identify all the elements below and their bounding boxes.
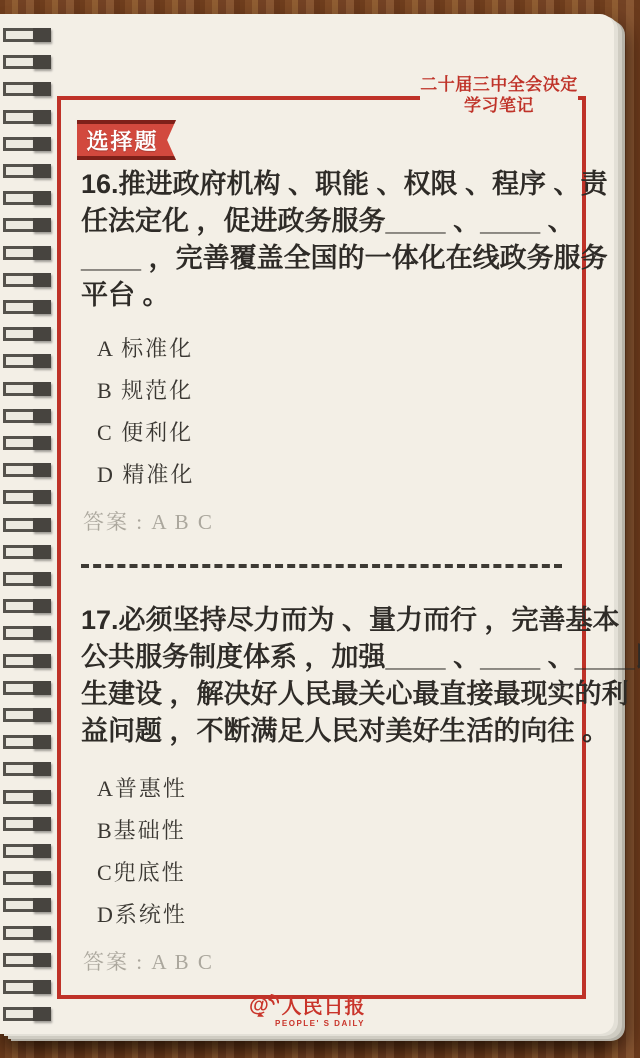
spiral-clip [3,735,47,749]
spiral-clip [3,490,47,504]
study-card-root: 二十届三中全会决定 学习笔记 选择题 16.推进政府机构 、职能 、权限 、程序… [0,0,640,1058]
question-17-line: 17.必须坚持尽力而为 、量力而行 ，完善基本 [81,602,568,639]
spiral-clip [3,436,47,450]
spiral-clip [3,654,47,668]
question-17-line: 生建设 ，解决好人民最关心最直接最现实的利 [81,676,568,713]
question-17-text: 17.必须坚持尽力而为 、量力而行 ，完善基本 公共服务制度体系 ，加强____… [81,602,568,750]
spiral-clip [3,110,47,124]
spiral-clip [3,463,47,477]
question-17-line: 公共服务制度体系 ，加强____ 、____ 、____民 [81,639,568,676]
logo-row: @ 人民日报 [249,990,366,1018]
option-17-a: A普惠性 [97,774,568,804]
question-17-options: A普惠性 B基础性 C兜底性 D系统性 [97,774,568,930]
option-16-c: C 便利化 [97,418,568,448]
spiral-clip [3,844,47,858]
quiz-content: 16.推进政府机构 、职能 、权限 、程序 、责 任法定化 ，促进政务服务___… [61,100,582,976]
question-16-line: ____ ，完善覆盖全国的一体化在线政务服务 [81,240,568,277]
spiral-clip [3,354,47,368]
page-title-line2: 学习笔记 [420,95,578,116]
spiral-clip [3,572,47,586]
section-badge-ribbon: 选择题 [77,120,176,160]
spiral-clip [3,137,47,151]
logo-en-text: PEOPLE' S DAILY [275,1019,365,1028]
spiral-clip [3,545,47,559]
answer-16-label: 答案 : [83,510,151,534]
option-16-d: D 精准化 [97,460,568,490]
section-badge-label: 选择题 [86,125,166,156]
option-17-c: C兜底性 [97,858,568,888]
dashed-divider [81,564,562,568]
spiral-clip [3,626,47,640]
option-17-d: D系统性 [97,900,568,930]
question-16-answer: 答案 : A B C [83,506,568,536]
page-title-line1: 二十届三中全会决定 [420,74,578,95]
content-frame: 选择题 16.推进政府机构 、职能 、权限 、程序 、责 任法定化 ，促进政务服… [57,96,586,999]
spiral-clip [3,817,47,831]
spiral-clip [3,599,47,613]
spiral-clip [3,82,47,96]
spiral-clip [3,871,47,885]
spiral-clip [3,953,47,967]
spiral-clip [3,164,47,178]
spiral-clip [3,898,47,912]
question-16-text: 16.推进政府机构 、职能 、权限 、程序 、责 任法定化 ，促进政务服务___… [81,166,568,314]
spiral-clip [3,409,47,423]
option-17-b: B基础性 [97,816,568,846]
question-16-line: 平台 。 [81,277,568,314]
question-17-line: 益问题 ，不断满足人民对美好生活的向往 。 [81,713,568,750]
option-16-b: B 规范化 [97,376,568,406]
spiral-clip [3,790,47,804]
question-17-answer: 答案 : A B C [83,946,568,976]
spiral-clip [3,926,47,940]
spiral-clip [3,191,47,205]
option-16-a: A 标准化 [97,334,568,364]
notebook-page: 二十届三中全会决定 学习笔记 选择题 16.推进政府机构 、职能 、权限 、程序… [0,14,614,1034]
peoples-daily-logo: @ 人民日报 PEOPLE' S DAILY [0,990,614,1028]
spiral-clip [3,55,47,69]
question-16-line: 任法定化 ，促进政务服务____ 、____ 、 [81,203,568,240]
question-16-options: A 标准化 B 规范化 C 便利化 D 精准化 [97,334,568,490]
logo-cn-text: 人民日报 [282,996,366,1018]
spiral-binding [0,14,60,1034]
spiral-clip [3,246,47,260]
page-title: 二十届三中全会决定 学习笔记 [420,72,578,119]
spiral-clip [3,708,47,722]
spiral-clip [3,327,47,341]
answer-17-value: A B C [151,950,214,974]
spiral-clip [3,681,47,695]
answer-17-label: 答案 : [83,950,151,974]
spiral-clip [3,273,47,287]
spiral-clip [3,762,47,776]
question-16-line: 16.推进政府机构 、职能 、权限 、程序 、责 [81,166,568,203]
spiral-clip [3,518,47,532]
spiral-clip [3,28,47,42]
svg-text:@: @ [249,995,269,1017]
spiral-clip [3,300,47,314]
answer-16-value: A B C [151,510,214,534]
spiral-clip [3,382,47,396]
spiral-clip [3,218,47,232]
at-megaphone-icon: @ [249,990,279,1018]
